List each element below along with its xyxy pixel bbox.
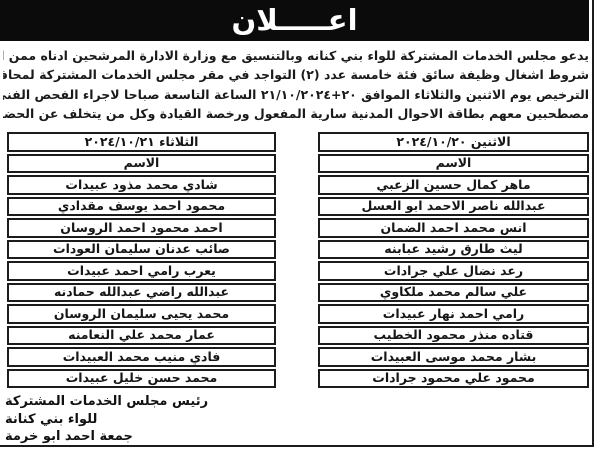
table-row: قتاده منذر محمود الخطيب: [318, 326, 589, 346]
table-row: فادي منيب محمد العبيدات: [7, 347, 276, 367]
announcement-page: اعـــــلان يدعو مجلس الخدمات المشتركة لل…: [0, 0, 600, 451]
monday-name-column-header: الاسم: [318, 154, 589, 174]
monday-table: الاثنين ٢٠٢٤/١٠/٢٠ الاسم ماهر كمال حسين …: [318, 132, 589, 390]
signature-title: رئيس مجلس الخدمات المشتركة: [5, 393, 208, 411]
notice-line: مصطحبين معهم بطاقة الاحوال المدنية سارية…: [3, 104, 589, 123]
notice-line: شروط اشغال وظيفة سائق فئة خامسة عدد (٢) …: [3, 65, 589, 84]
tuesday-name-column-header: الاسم: [7, 154, 276, 174]
banner-title: اعـــــلان: [231, 6, 357, 35]
table-row: علي سالم محمد ملكاوي: [318, 283, 589, 303]
table-row: صائب عدنان سليمان العودات: [7, 240, 276, 260]
table-row: محمد حسن خليل عبيدات: [7, 369, 276, 389]
notice-paragraph: يدعو مجلس الخدمات المشتركة للواء بني كنا…: [3, 46, 589, 123]
table-row: محمد يحيى سليمان الروسان: [7, 304, 276, 324]
monday-date-header: الاثنين ٢٠٢٤/١٠/٢٠: [318, 132, 589, 152]
table-row: عمار محمد علي النعامنه: [7, 326, 276, 346]
tuesday-date-header: الثلاثاء ٢٠٢٤/١٠/٢١: [7, 132, 276, 152]
tuesday-table: الثلاثاء ٢٠٢٤/١٠/٢١ الاسم شادي محمد مذود…: [7, 132, 276, 390]
table-row: رعد نضال علي جرادات: [318, 261, 589, 281]
page-border-bottom: [0, 445, 594, 447]
table-row: شادي محمد مذود عبيدات: [7, 175, 276, 195]
table-row: عبدالله ناصر الاحمد ابو العسل: [318, 197, 589, 217]
signature-block: رئيس مجلس الخدمات المشتركة للواء بني كنا…: [5, 393, 208, 446]
table-row: محمود احمد يوسف مقدادي: [7, 197, 276, 217]
banner: اعـــــلان: [0, 0, 589, 41]
table-row: احمد محمود احمد الروسان: [7, 218, 276, 238]
table-row: محمود علي محمود جرادات: [318, 369, 589, 389]
table-row: عبدالله راضي عبدالله حمادنه: [7, 283, 276, 303]
table-row: بشار محمد موسى العبيدات: [318, 347, 589, 367]
notice-line: يدعو مجلس الخدمات المشتركة للواء بني كنا…: [3, 46, 589, 65]
notice-line: الترخيص يوم الاثنين والثلاثاء الموافق ‪٢…: [3, 85, 589, 104]
table-row: انس محمد احمد الضمان: [318, 218, 589, 238]
table-row: ليث طارق رشيد عبابنه: [318, 240, 589, 260]
table-row: يعرب رامي احمد عبيدات: [7, 261, 276, 281]
table-row: ماهر كمال حسين الزعبي: [318, 175, 589, 195]
signature-name: جمعة احمد ابو خرمة: [5, 428, 208, 446]
page-border-right: [592, 0, 594, 447]
table-row: رامي احمد نهار عبيدات: [318, 304, 589, 324]
signature-district: للواء بني كنانة: [5, 411, 208, 429]
